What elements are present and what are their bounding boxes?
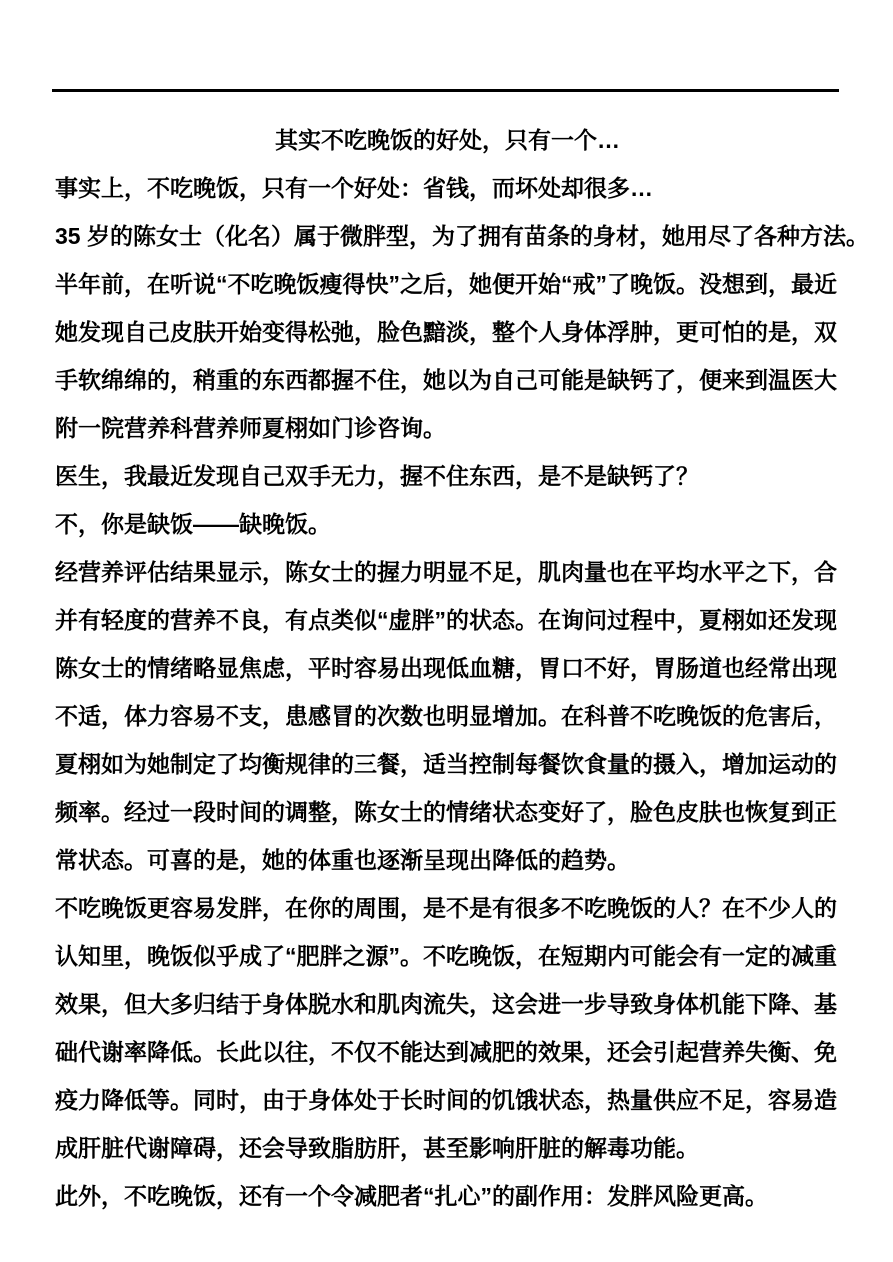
text-line: 夏栩如为她制定了均衡规律的三餐，适当控制每餐饮食量的摄入，增加运动的: [55, 740, 840, 788]
text-line: 她发现自己皮肤开始变得松弛，脸色黯淡，整个人身体浮肿，更可怕的是，双: [55, 308, 840, 356]
text-line: 效果，但大多归结于身体脱水和肌肉流失，这会进一步导致身体机能下降、基: [55, 980, 840, 1028]
document-content: 其实不吃晚饭的好处，只有一个… 事实上，不吃晚饭，只有一个好处：省钱，而坏处却很…: [55, 116, 840, 1220]
paragraph: 35 岁的陈女士（化名）属于微胖型，为了拥有苗条的身材，她用尽了各种方法。 半年…: [55, 212, 840, 452]
text-line: 经营养评估结果显示，陈女士的握力明显不足，肌肉量也在平均水平之下，合: [55, 548, 840, 596]
text-line: 常状态。可喜的是，她的体重也逐渐呈现出降低的趋势。: [55, 836, 840, 884]
document-page: 其实不吃晚饭的好处，只有一个… 事实上，不吃晚饭，只有一个好处：省钱，而坏处却很…: [0, 0, 893, 1262]
text-line: 半年前，在听说“不吃晚饭瘦得快”之后，她便开始“戒”了晚饭。没想到，最近: [55, 260, 840, 308]
text-line: 不适，体力容易不支，患感冒的次数也明显增加。在科普不吃晚饭的危害后，: [55, 692, 840, 740]
paragraph: 不吃晚饭更容易发胖，在你的周围，是不是有很多不吃晚饭的人？在不少人的 认知里，晚…: [55, 884, 840, 1172]
text-line: 事实上，不吃晚饭，只有一个好处：省钱，而坏处却很多…: [55, 164, 840, 212]
header-divider-rule: [52, 89, 839, 92]
text-line: 此外，不吃晚饭，还有一个令减肥者“扎心”的副作用：发胖风险更高。: [55, 1172, 840, 1220]
paragraph: 不，你是缺饭——缺晚饭。: [55, 500, 840, 548]
text-line: 手软绵绵的，稍重的东西都握不住，她以为自己可能是缺钙了，便来到温医大: [55, 356, 840, 404]
text-line: 频率。经过一段时间的调整，陈女士的情绪状态变好了，脸色皮肤也恢复到正: [55, 788, 840, 836]
text-line: 疫力降低等。同时，由于身体处于长时间的饥饿状态，热量供应不足，容易造: [55, 1076, 840, 1124]
text-line: 35 岁的陈女士（化名）属于微胖型，为了拥有苗条的身材，她用尽了各种方法。: [55, 212, 840, 260]
text-line: 并有轻度的营养不良，有点类似“虚胖”的状态。在询问过程中，夏栩如还发现: [55, 596, 840, 644]
document-title: 其实不吃晚饭的好处，只有一个…: [55, 116, 840, 164]
text-line: 础代谢率降低。长此以往，不仅不能达到减肥的效果，还会引起营养失衡、免: [55, 1028, 840, 1076]
text-line: 认知里，晚饭似乎成了“肥胖之源”。不吃晚饭，在短期内可能会有一定的减重: [55, 932, 840, 980]
paragraph: 此外，不吃晚饭，还有一个令减肥者“扎心”的副作用：发胖风险更高。: [55, 1172, 840, 1220]
text-line: 成肝脏代谢障碍，还会导致脂肪肝，甚至影响肝脏的解毒功能。: [55, 1124, 840, 1172]
text-line: 医生，我最近发现自己双手无力，握不住东西，是不是缺钙了？: [55, 452, 840, 500]
text-line: 不，你是缺饭——缺晚饭。: [55, 500, 840, 548]
text-line: 不吃晚饭更容易发胖，在你的周围，是不是有很多不吃晚饭的人？在不少人的: [55, 884, 840, 932]
paragraph: 事实上，不吃晚饭，只有一个好处：省钱，而坏处却很多…: [55, 164, 840, 212]
text-line: 附一院营养科营养师夏栩如门诊咨询。: [55, 404, 840, 452]
text-line: 陈女士的情绪略显焦虑，平时容易出现低血糖，胃口不好，胃肠道也经常出现: [55, 644, 840, 692]
paragraph: 经营养评估结果显示，陈女士的握力明显不足，肌肉量也在平均水平之下，合 并有轻度的…: [55, 548, 840, 884]
paragraph: 医生，我最近发现自己双手无力，握不住东西，是不是缺钙了？: [55, 452, 840, 500]
